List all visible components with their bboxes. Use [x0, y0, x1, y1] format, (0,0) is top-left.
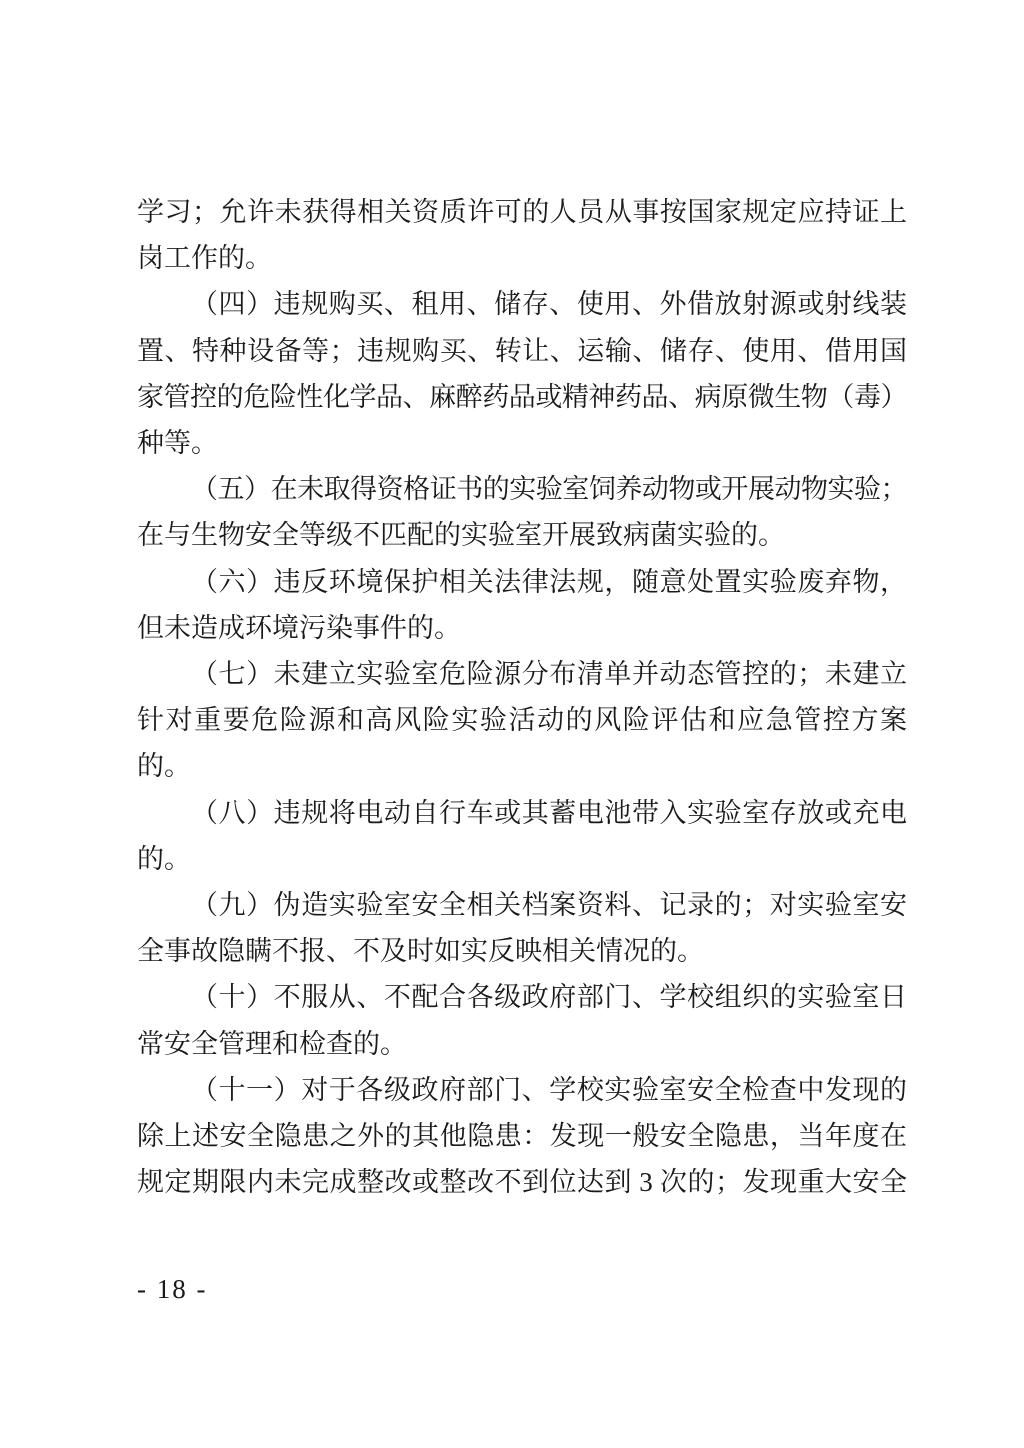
text-line: 家管控的危险性化学品、麻醉药品或精神药品、病原微生物（毒） — [137, 374, 907, 420]
text-line: （四）违规购买、租用、储存、使用、外借放射源或射线装 — [137, 281, 907, 327]
page-number: - 18 - — [137, 1272, 207, 1306]
text-line: （六）违反环境保护相关法律法规，随意处置实验废弃物， — [137, 559, 907, 605]
text-line: 除上述安全隐患之外的其他隐患：发现一般安全隐患，当年度在 — [137, 1113, 907, 1159]
text-line: （七）未建立实验室危险源分布清单并动态管控的；未建立 — [137, 651, 907, 697]
text-line: 置、特种设备等；违规购买、转让、运输、储存、使用、借用国 — [137, 328, 907, 374]
text-line: （五）在未取得资格证书的实验室饲养动物或开展动物实验； — [137, 466, 907, 512]
paragraph-item-4: （四）违规购买、租用、储存、使用、外借放射源或射线装置、特种设备等；违规购买、转… — [137, 281, 907, 466]
document-body: 学习；允许未获得相关资质许可的人员从事按国家规定应持证上岗工作的。（四）违规购买… — [137, 189, 907, 1205]
text-line: 种等。 — [137, 420, 907, 466]
text-line: 岗工作的。 — [137, 235, 907, 281]
text-line: （十一）对于各级政府部门、学校实验室安全检查中发现的 — [137, 1067, 907, 1113]
paragraph-item-10: （十）不服从、不配合各级政府部门、学校组织的实验室日常安全管理和检查的。 — [137, 974, 907, 1066]
paragraph-item-7: （七）未建立实验室危险源分布清单并动态管控的；未建立针对重要危险源和高风险实验活… — [137, 651, 907, 790]
paragraph-item-9: （九）伪造实验室安全相关档案资料、记录的；对实验室安全事故隐瞒不报、不及时如实反… — [137, 882, 907, 974]
text-line: 常安全管理和检查的。 — [137, 1021, 907, 1067]
text-line: 规定期限内未完成整改或整改不到位达到 3 次的；发现重大安全 — [137, 1159, 907, 1205]
text-line: （十）不服从、不配合各级政府部门、学校组织的实验室日 — [137, 974, 907, 1020]
text-line: （九）伪造实验室安全相关档案资料、记录的；对实验室安 — [137, 882, 907, 928]
text-line: 的。 — [137, 836, 907, 882]
paragraph-item-8: （八）违规将电动自行车或其蓄电池带入实验室存放或充电的。 — [137, 790, 907, 882]
paragraph-item-5: （五）在未取得资格证书的实验室饲养动物或开展动物实验；在与生物安全等级不匹配的实… — [137, 466, 907, 558]
text-line: （八）违规将电动自行车或其蓄电池带入实验室存放或充电 — [137, 790, 907, 836]
text-line: 全事故隐瞒不报、不及时如实反映相关情况的。 — [137, 928, 907, 974]
paragraph-item-6: （六）违反环境保护相关法律法规，随意处置实验废弃物，但未造成环境污染事件的。 — [137, 559, 907, 651]
text-line: 针对重要危险源和高风险实验活动的风险评估和应急管控方案 — [137, 697, 907, 743]
paragraph-item-11: （十一）对于各级政府部门、学校实验室安全检查中发现的除上述安全隐患之外的其他隐患… — [137, 1067, 907, 1206]
text-line: 在与生物安全等级不匹配的实验室开展致病菌实验的。 — [137, 512, 907, 558]
text-line: 的。 — [137, 743, 907, 789]
text-line: 但未造成环境污染事件的。 — [137, 605, 907, 651]
paragraph-continuation: 学习；允许未获得相关资质许可的人员从事按国家规定应持证上岗工作的。 — [137, 189, 907, 281]
document-page: 学习；允许未获得相关资质许可的人员从事按国家规定应持证上岗工作的。（四）违规购买… — [0, 0, 1024, 1448]
text-line: 学习；允许未获得相关资质许可的人员从事按国家规定应持证上 — [137, 189, 907, 235]
